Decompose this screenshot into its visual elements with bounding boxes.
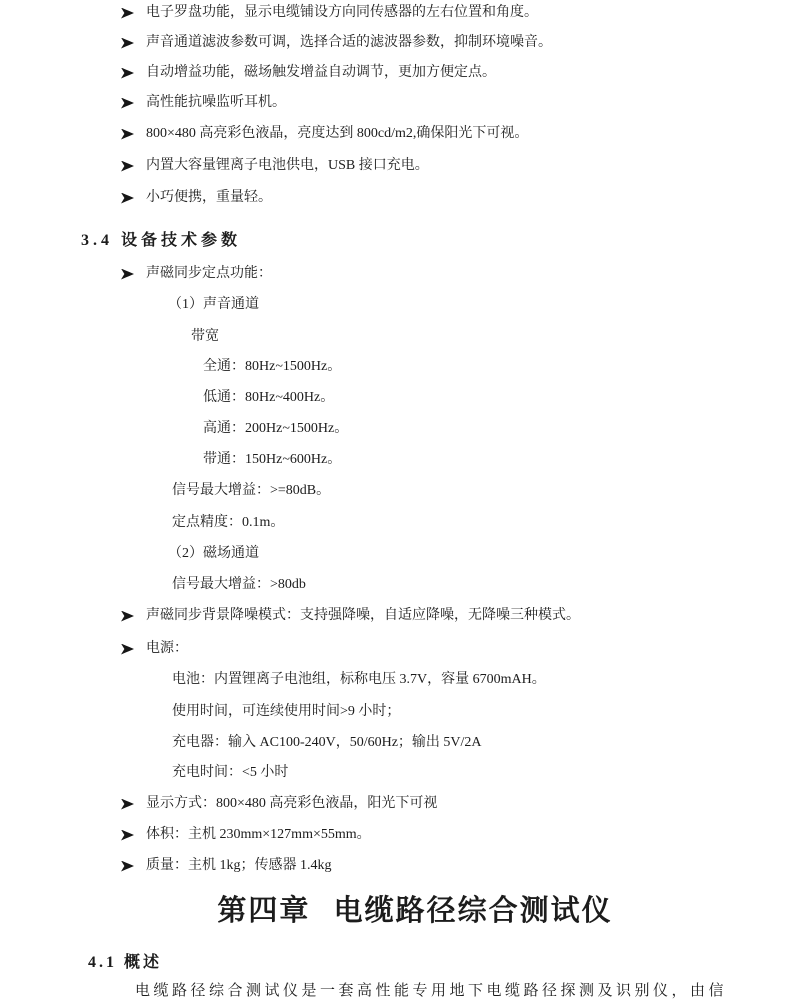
spec-audio-max-gain: 信号最大增益：>=80dB。 <box>172 481 330 501</box>
bullet-arrow-icon <box>121 193 134 204</box>
spec-text: 声磁同步定点功能： <box>146 264 272 284</box>
feature-item: 声音通道滤波参数可调，选择合适的滤波器参数，抑制环境噪音。 <box>121 33 552 53</box>
spec-magnetic-channel-title: （2）磁场通道 <box>168 544 259 564</box>
spec-text: 质量：主机 1kg；传感器 1.4kg <box>146 856 332 876</box>
spec-charge-time: 充电时间：<5 小时 <box>172 763 288 783</box>
feature-text: 小巧便携，重量轻。 <box>146 188 272 208</box>
bullet-arrow-icon <box>121 98 134 109</box>
spec-bullet-sync: 声磁同步定点功能： <box>121 264 272 284</box>
bullet-arrow-icon <box>121 129 134 140</box>
spec-band-high: 高通：200Hz~1500Hz。 <box>203 419 348 439</box>
spec-bullet-display: 显示方式：800×480 高亮彩色液晶，阳光下可视 <box>121 794 437 814</box>
spec-usage-time: 使用时间，可连续使用时间>9 小时； <box>172 702 400 722</box>
spec-charger: 充电器：输入 AC100-240V，50/60Hz；输出 5V/2A <box>172 733 482 753</box>
feature-text: 声音通道滤波参数可调，选择合适的滤波器参数，抑制环境噪音。 <box>146 33 552 53</box>
spec-pinpoint-accuracy: 定点精度：0.1m。 <box>172 513 284 533</box>
bullet-arrow-icon <box>121 68 134 79</box>
feature-text: 内置大容量锂离子电池供电，USB 接口充电。 <box>146 156 429 176</box>
spec-text: 显示方式：800×480 高亮彩色液晶，阳光下可视 <box>146 794 437 814</box>
spec-battery: 电池：内置锂离子电池组，标称电压 3.7V，容量 6700mAH。 <box>172 670 546 690</box>
bullet-arrow-icon <box>121 269 134 280</box>
spec-audio-channel-title: （1）声音通道 <box>168 295 259 315</box>
bullet-arrow-icon <box>121 799 134 810</box>
feature-item: 800×480 高亮彩色液晶，亮度达到 800cd/m2,确保阳光下可视。 <box>121 124 528 144</box>
bullet-arrow-icon <box>121 611 134 622</box>
feature-item: 电子罗盘功能，显示电缆铺设方向同传感器的左右位置和角度。 <box>121 3 538 23</box>
feature-text: 电子罗盘功能，显示电缆铺设方向同传感器的左右位置和角度。 <box>146 3 538 23</box>
document-page: 电子罗盘功能，显示电缆铺设方向同传感器的左右位置和角度。 声音通道滤波参数可调，… <box>0 0 800 1005</box>
chapter-heading: 第四章 电缆路径综合测试仪 <box>0 893 800 929</box>
spec-text: 电源： <box>146 639 188 659</box>
feature-item: 自动增益功能，磁场触发增益自动调节，更加方便定点。 <box>121 63 496 83</box>
spec-magnetic-max-gain: 信号最大增益：>80db <box>172 575 306 595</box>
feature-item: 内置大容量锂离子电池供电，USB 接口充电。 <box>121 156 429 176</box>
spec-bullet-power: 电源： <box>121 639 188 659</box>
spec-bullet-volume: 体积：主机 230mm×127mm×55mm。 <box>121 825 371 845</box>
section-heading-4-1: 4.1 概述 <box>88 952 162 974</box>
feature-text: 800×480 高亮彩色液晶，亮度达到 800cd/m2,确保阳光下可视。 <box>146 124 528 144</box>
bullet-arrow-icon <box>121 861 134 872</box>
spec-bullet-noise-reduction: 声磁同步背景降噪模式：支持强降噪，自适应降噪，无降噪三种模式。 <box>121 606 580 626</box>
bullet-arrow-icon <box>121 830 134 841</box>
spec-bullet-weight: 质量：主机 1kg；传感器 1.4kg <box>121 856 332 876</box>
feature-item: 高性能抗噪监听耳机。 <box>121 93 286 113</box>
section-heading-3-4: 3.4 设备技术参数 <box>81 230 241 252</box>
spec-text: 声磁同步背景降噪模式：支持强降噪，自适应降噪，无降噪三种模式。 <box>146 606 580 626</box>
spec-text: 体积：主机 230mm×127mm×55mm。 <box>146 825 371 845</box>
feature-item: 小巧便携，重量轻。 <box>121 188 272 208</box>
bullet-arrow-icon <box>121 161 134 172</box>
feature-text: 自动增益功能，磁场触发增益自动调节，更加方便定点。 <box>146 63 496 83</box>
overview-paragraph: 电缆路径综合测试仪是一套高性能专用地下电缆路径探测及识别仪，由信 <box>135 980 727 1002</box>
bullet-arrow-icon <box>121 644 134 655</box>
bullet-arrow-icon <box>121 8 134 19</box>
spec-band-low: 低通：80Hz~400Hz。 <box>203 388 334 408</box>
bullet-arrow-icon <box>121 38 134 49</box>
spec-bandwidth-label: 带宽 <box>191 327 219 347</box>
feature-text: 高性能抗噪监听耳机。 <box>146 93 286 113</box>
spec-band-all: 全通：80Hz~1500Hz。 <box>203 357 341 377</box>
spec-band-pass: 带通：150Hz~600Hz。 <box>203 450 341 470</box>
